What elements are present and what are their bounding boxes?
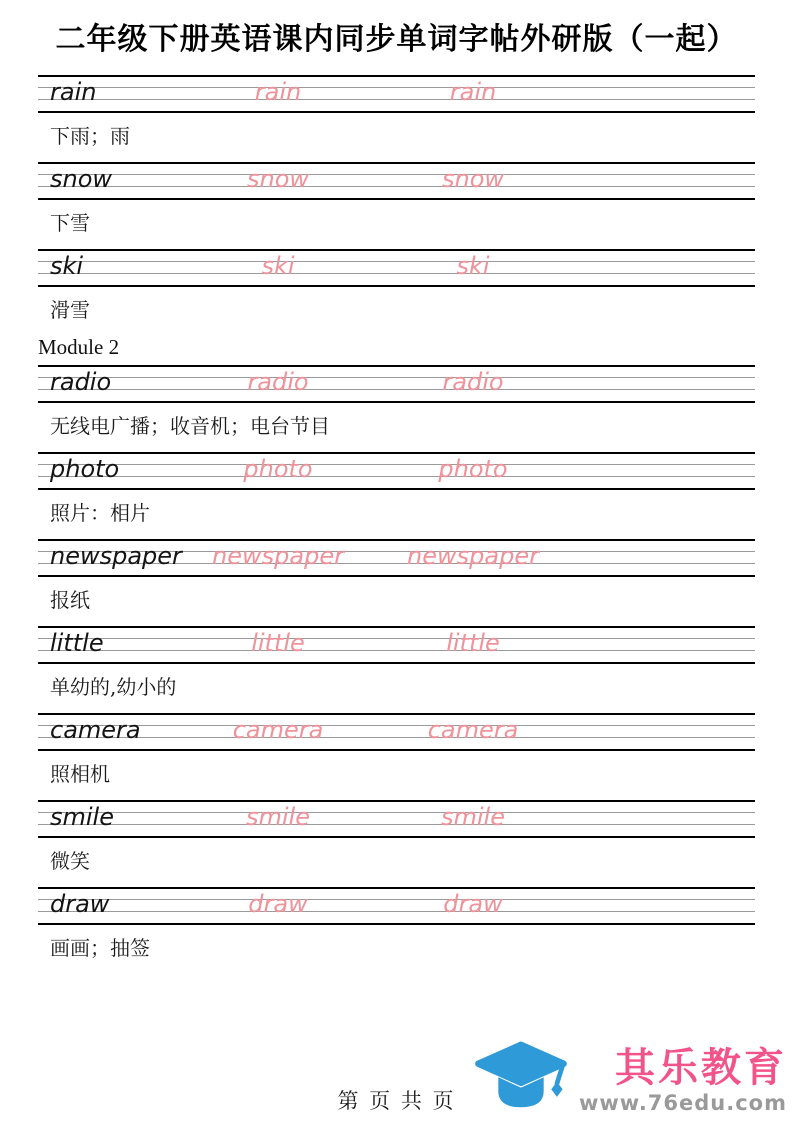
module-label: Module 2 — [38, 336, 755, 358]
word-definition: 滑雪 — [50, 299, 755, 321]
word-trace: photo — [243, 454, 312, 484]
word-trace: little — [446, 628, 500, 658]
word-definition: 单幼的,幼小的 — [50, 676, 755, 698]
word-sample: radio — [50, 367, 111, 397]
worksheet-content: rain rain rain 下雨；雨 snow snow snow 下雪 sk… — [38, 60, 755, 974]
guide-line — [38, 824, 755, 825]
word-trace: draw — [443, 889, 502, 919]
brand-url: www.76edu.com — [579, 1091, 787, 1115]
guide-line — [38, 899, 755, 900]
writing-guide: snow snow snow — [38, 162, 755, 200]
word-sample: smile — [50, 802, 114, 832]
word-entry: radio radio radio 无线电广播；收音机；电台节目 — [38, 365, 755, 452]
word-trace: newspaper — [212, 541, 344, 571]
word-entry: newspaper newspaper newspaper 报纸 — [38, 539, 755, 626]
word-entry: smile smile smile 微笑 — [38, 800, 755, 887]
word-definition: 照相机 — [50, 763, 755, 785]
word-sample: draw — [50, 889, 109, 919]
word-sample: little — [50, 628, 104, 658]
guide-line — [38, 650, 755, 651]
guide-line — [38, 273, 755, 274]
word-sample: newspaper — [50, 541, 182, 571]
guide-line — [38, 389, 755, 390]
copybook-page: html,body{margin:0;padding:0;} body{ wid… — [0, 0, 793, 1122]
word-sample: ski — [50, 251, 83, 281]
word-trace: snow — [247, 164, 309, 194]
word-trace: snow — [442, 164, 504, 194]
word-trace: radio — [442, 367, 503, 397]
writing-guide: camera camera camera — [38, 713, 755, 751]
word-definition: 照片：相片 — [50, 502, 755, 524]
word-trace: rain — [450, 77, 496, 107]
word-trace: camera — [428, 715, 519, 745]
word-trace: smile — [441, 802, 505, 832]
word-sample: snow — [50, 164, 112, 194]
word-trace: little — [251, 628, 305, 658]
word-entry: rain rain rain 下雨；雨 — [38, 75, 755, 162]
writing-guide: draw draw draw — [38, 887, 755, 925]
word-definition: 下雪 — [50, 212, 755, 234]
word-entry: photo photo photo 照片：相片 — [38, 452, 755, 539]
word-trace: radio — [247, 367, 308, 397]
word-trace: draw — [248, 889, 307, 919]
writing-guide: ski ski ski — [38, 249, 755, 287]
word-definition: 画画；抽签 — [50, 937, 755, 959]
guide-line — [38, 99, 755, 100]
logo-text: 其乐教育 www.76edu.com — [579, 1045, 787, 1115]
word-trace: photo — [438, 454, 507, 484]
word-trace: ski — [261, 251, 294, 281]
guide-line — [38, 174, 755, 175]
site-logo: 其乐教育 www.76edu.com — [469, 1034, 787, 1122]
word-entry: camera camera camera 照相机 — [38, 713, 755, 800]
brand-name: 其乐教育 — [615, 1045, 787, 1091]
word-definition: 无线电广播；收音机；电台节目 — [50, 415, 755, 437]
word-sample: camera — [50, 715, 141, 745]
writing-guide: rain rain rain — [38, 75, 755, 113]
word-trace: newspaper — [407, 541, 539, 571]
guide-line — [38, 638, 755, 639]
guide-line — [38, 812, 755, 813]
guide-line — [38, 186, 755, 187]
writing-guide: smile smile smile — [38, 800, 755, 838]
word-trace: ski — [456, 251, 489, 281]
guide-line — [38, 261, 755, 262]
guide-line — [38, 377, 755, 378]
worksheet-body: { "page": { "title": "二年级下册英语课内同步单词字帖外研版… — [0, 0, 793, 1122]
guide-line — [38, 476, 755, 477]
graduation-cap-icon — [469, 1034, 573, 1122]
page-title: 二年级下册英语课内同步单词字帖外研版（一起） — [0, 20, 793, 60]
word-definition: 报纸 — [50, 589, 755, 611]
writing-guide: photo photo photo — [38, 452, 755, 490]
writing-guide: radio radio radio — [38, 365, 755, 403]
word-entry: draw draw draw 画画；抽签 — [38, 887, 755, 974]
writing-guide: newspaper newspaper newspaper — [38, 539, 755, 577]
word-trace: camera — [233, 715, 324, 745]
writing-guide: little little little — [38, 626, 755, 664]
word-trace: rain — [255, 77, 301, 107]
word-definition: 微笑 — [50, 850, 755, 872]
word-sample: photo — [50, 454, 119, 484]
guide-line — [38, 87, 755, 88]
word-trace: smile — [246, 802, 310, 832]
word-entry: ski ski ski 滑雪 Module 2 — [38, 249, 755, 365]
word-definition: 下雨；雨 — [50, 125, 755, 147]
guide-line — [38, 725, 755, 726]
guide-line — [38, 911, 755, 912]
word-entry: little little little 单幼的,幼小的 — [38, 626, 755, 713]
guide-line — [38, 737, 755, 738]
word-sample: rain — [50, 77, 96, 107]
word-entry: snow snow snow 下雪 — [38, 162, 755, 249]
guide-line — [38, 464, 755, 465]
